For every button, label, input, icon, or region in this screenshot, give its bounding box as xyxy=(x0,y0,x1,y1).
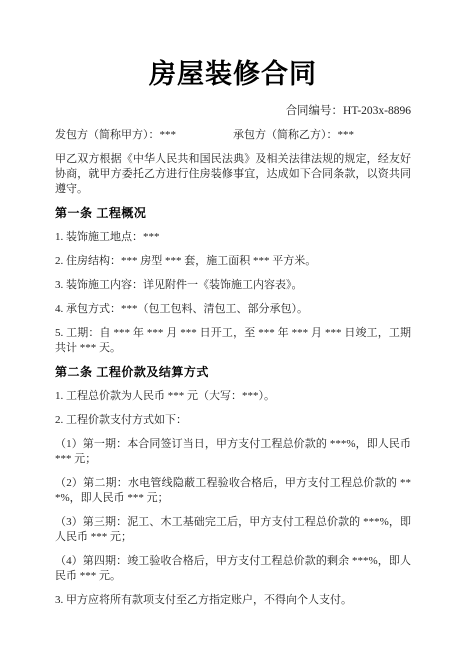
section-1-clause-1: 1. 装饰施工地点：*** xyxy=(55,230,411,245)
page-title: 房屋装修合同 xyxy=(55,56,411,92)
section-1-clause-5: 5. 工期：自 *** 年 *** 月 *** 日开工，至 *** 年 *** … xyxy=(55,326,411,356)
section-2-payment-installment-3: （3）第三期：泥工、木工基础完工后，甲方支付工程总价款的 ***%，即人民币 *… xyxy=(55,515,411,545)
section-2-clause-3: 3. 甲方应将所有款项支付至乙方指定账户，不得向个人支付。 xyxy=(55,593,411,608)
party-a-label: 发包方（简称甲方）：*** xyxy=(55,128,233,143)
parties-row: 发包方（简称甲方）：*** 承包方（简称乙方）：*** xyxy=(55,128,411,143)
section-2-payment-installment-2: （2）第二期：水电管线隐蔽工程验收合格后，甲方支付工程总价款的 ***%，即人民… xyxy=(55,476,411,506)
party-b-label: 承包方（简称乙方）：*** xyxy=(233,128,354,143)
section-2-payment-installment-1: （1）第一期：本合同签订当日，甲方支付工程总价款的 ***%，即人民币 *** … xyxy=(55,437,411,467)
section-1-heading: 第一条 工程概况 xyxy=(55,206,411,221)
section-2-payment-installment-4: （4）第四期：竣工验收合格后，甲方支付工程总价款的剩余 ***%，即人民币 **… xyxy=(55,554,411,584)
section-1-clause-4: 4. 承包方式：***（包工包料、清包工、部分承包）。 xyxy=(55,302,411,317)
section-1-clause-2: 2. 住房结构：*** 房型 *** 套，施工面积 *** 平方米。 xyxy=(55,254,411,269)
preamble-paragraph: 甲乙双方根据《中华人民共和国民法典》及相关法律法规的规定，经友好协商，就甲方委托… xyxy=(55,152,411,197)
section-2-clause-2: 2. 工程价款支付方式如下： xyxy=(55,413,411,428)
section-2-heading: 第二条 工程价款及结算方式 xyxy=(55,365,411,380)
section-1-clause-3: 3. 装饰施工内容：详见附件一《装饰施工内容表》。 xyxy=(55,278,411,293)
contract-number: 合同编号：HT-203x-8896 xyxy=(55,104,411,119)
section-2-clause-1: 1. 工程总价款为人民币 *** 元（大写：***）。 xyxy=(55,389,411,404)
contract-page: 房屋装修合同 合同编号：HT-203x-8896 发包方（简称甲方）：*** 承… xyxy=(0,0,463,655)
